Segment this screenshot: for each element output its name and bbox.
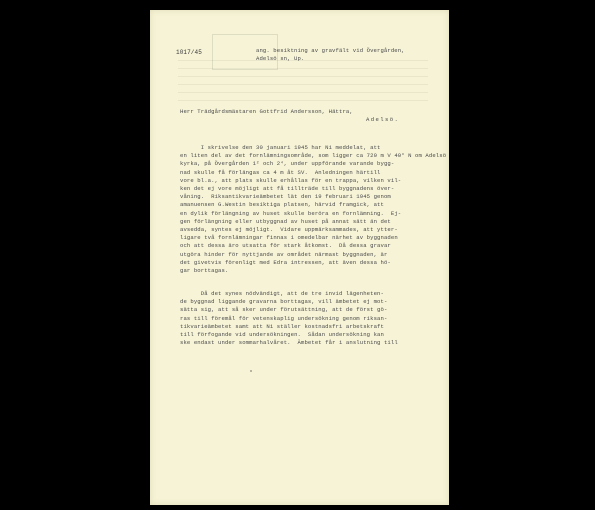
text-line: ske endast under sommarhalvåret. Ämbetet…: [180, 339, 398, 346]
text-line: ken det ej vore möjligt att få tillträde…: [180, 185, 394, 192]
text-line: nad skulle få förlängas ca 4 m åt SV. An…: [180, 169, 381, 176]
addressee-place: Adelsö.: [366, 116, 399, 124]
text-line: det givetvis förenligt med Edra intresse…: [180, 259, 391, 266]
text-line: tikvarieämbetet samt att Ni ställer kost…: [180, 323, 384, 330]
text-line: till förfogande vid undersökningen. Såda…: [180, 331, 384, 338]
text-line: kyrka, på Övergården 1² och 2⁴, under up…: [180, 160, 394, 167]
subject-line-1: ang. besiktning av gravfält vid Övergård…: [256, 47, 405, 54]
text-line: gar borttagas.: [180, 267, 228, 274]
text-line: en liten del av det fornlämningsområde, …: [180, 152, 446, 159]
text-line: amanuensen G.Westin besiktiga platsen, h…: [180, 201, 384, 208]
text-line: gen förlängning eller utbyggnad av huset…: [180, 218, 391, 225]
text-line: Då det synes nödvändigt, att de tre invi…: [180, 290, 384, 297]
text-line: utgöra hinder för nyttjande av området n…: [180, 251, 387, 258]
subject-line-2: Adelsö sn, Up.: [256, 55, 304, 62]
paragraph-2: Då det synes nödvändigt, att de tre invi…: [180, 290, 398, 347]
text-line: vore bl.a., att plats skulle erhållas fö…: [180, 177, 401, 184]
text-line: ras till föremål för vetenskaplig unders…: [180, 315, 387, 322]
scanned-letter-page: 1017/45 ang. besiktning av gravfält vid …: [150, 10, 449, 505]
text-line: våning. Riksantikvarieämbetet lät den 19…: [180, 193, 391, 200]
text-line: och att dessa äro utsatta för stark åtko…: [180, 242, 391, 249]
addressee: Herr Trädgårdsmästaren Gottfrid Andersso…: [180, 108, 353, 116]
paragraph-1: I skrivelse den 30 januari 1945 har Ni m…: [180, 144, 446, 275]
text-line: sätta sig, att så sker under förutsättni…: [180, 306, 387, 313]
text-line: ligare två fornlämningar finnas i omedel…: [180, 234, 398, 241]
reverse-side-bleedthrough: [178, 60, 428, 108]
reference-number: 1017/45: [176, 49, 202, 57]
text-line: I skrivelse den 30 januari 1945 har Ni m…: [180, 144, 381, 151]
text-line: avsedda, syntes ej möjligt. Vidare uppmä…: [180, 226, 398, 233]
text-line: en dylik förlängning av huset skulle ber…: [180, 210, 401, 217]
subject-line: ang. besiktning av gravfält vid Övergård…: [256, 47, 405, 63]
ink-speck: [250, 370, 252, 372]
text-line: de byggnad liggande gravarna borttagas, …: [180, 298, 387, 305]
